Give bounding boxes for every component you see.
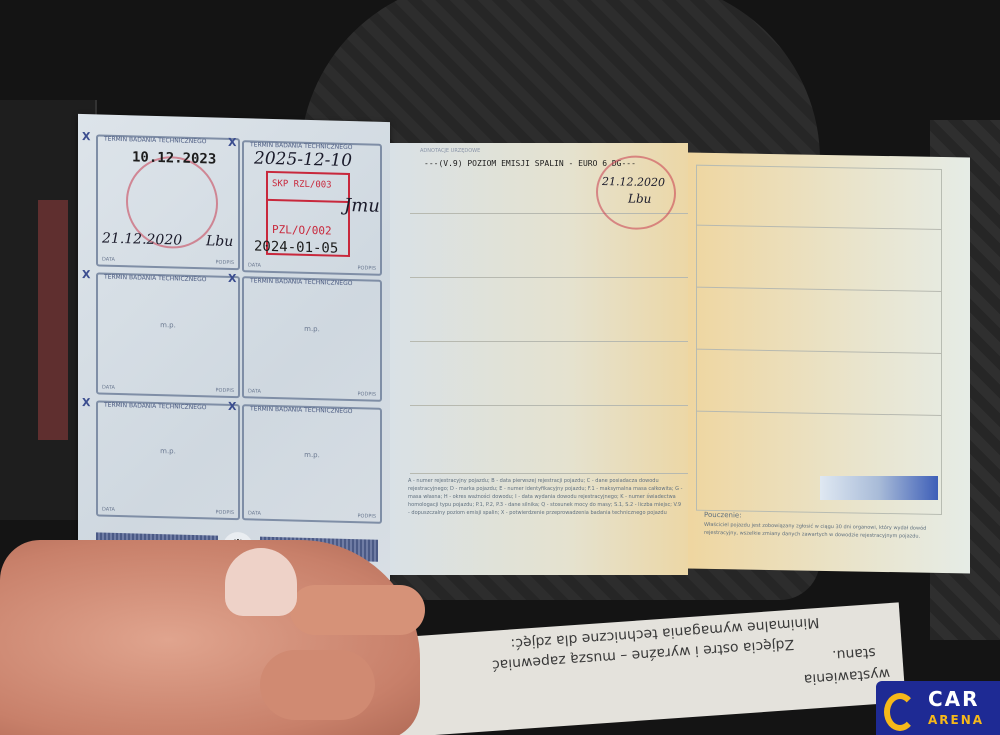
finger <box>260 650 375 720</box>
inspection-box-empty: X TERMIN BADANIA TECHNICZNEGO m.p. DATA … <box>96 400 240 520</box>
background-paper-sheet: Minimalne wymagania techniczne dla zdjęć… <box>360 602 906 735</box>
notice-text: Właściciel pojazdu jest zobowiązany zgło… <box>704 521 944 541</box>
footer-date-label: DATA <box>248 510 261 516</box>
stamp-handwritten-date: 21.12.2020 <box>602 175 665 189</box>
x-mark-icon: X <box>82 396 90 409</box>
station-code: SKP RZL/003 <box>272 179 332 191</box>
box-title: TERMIN BADANIA TECHNICZNEGO <box>250 277 352 287</box>
logo-text-arena: ARENA <box>928 713 984 727</box>
footer-date-label: DATA <box>102 507 115 513</box>
footer-date-label: DATA <box>248 388 261 394</box>
footer-signature-label: PODPIS <box>216 260 234 266</box>
annotation-frame <box>696 165 942 515</box>
inspection-box-empty: X TERMIN BADANIA TECHNICZNEGO m.p. DATA … <box>96 272 240 398</box>
footer-signature-label: PODPIS <box>358 265 376 271</box>
box-title: TERMIN BADANIA TECHNICZNEGO <box>104 274 206 284</box>
stamp-placeholder: m.p. <box>304 450 320 458</box>
inspection-box-empty: X TERMIN BADANIA TECHNICZNEGO m.p. DATA … <box>242 404 382 524</box>
paper-text-line: stanu. <box>832 644 877 663</box>
x-mark-icon: X <box>82 268 90 281</box>
inspection-date: 2024-01-05 <box>254 239 338 257</box>
handwritten-next-date: 2025-12-10 <box>254 149 352 172</box>
notice-title: Pouczenie: <box>704 511 742 520</box>
footer-signature-label: PODPIS <box>358 513 376 519</box>
annotation-line <box>410 405 688 406</box>
footer-date-label: DATA <box>102 257 115 263</box>
station-code-2: PZL/O/002 <box>272 223 332 238</box>
footer-signature-label: PODPIS <box>358 391 376 397</box>
handwritten-signature: Jmu <box>344 195 380 217</box>
inspection-box: X TERMIN BADANIA TECHNICZNEGO 10.12.2023… <box>96 134 240 270</box>
stamp-placeholder: m.p. <box>160 447 176 455</box>
car-arena-logo: CAR ARENA <box>876 681 1000 735</box>
stamp-handwritten-signature: Lbu <box>628 191 651 205</box>
footer-date-label: DATA <box>248 262 261 268</box>
footer-signature-label: PODPIS <box>216 510 234 516</box>
registration-left-page: X TERMIN BADANIA TECHNICZNEGO 10.12.2023… <box>78 114 390 580</box>
emission-annotation: ---(V.9) POZIOM EMISJI SPALIN - EURO 6 D… <box>424 159 636 168</box>
logo-text-car: CAR <box>928 687 980 711</box>
annotation-line <box>410 341 688 342</box>
box-title: TERMIN BADANIA TECHNICZNEGO <box>104 402 206 412</box>
x-mark-icon: X <box>228 400 236 413</box>
footer-signature-label: PODPIS <box>216 388 234 394</box>
annotation-line <box>410 473 688 474</box>
annotation-line <box>410 277 688 278</box>
inspection-box-empty: X TERMIN BADANIA TECHNICZNEGO m.p. DATA … <box>242 276 382 402</box>
section-header: ADNOTACJE URZĘDOWE <box>420 147 480 155</box>
stamp-placeholder: m.p. <box>304 325 320 333</box>
next-inspection-date: 10.12.2023 <box>132 149 216 167</box>
hologram-security-strip <box>820 476 938 500</box>
box-title: TERMIN BADANIA TECHNICZNEGO <box>250 405 352 415</box>
thumb-nail <box>225 548 297 616</box>
inspection-box: X TERMIN BADANIA TECHNICZNEGO 2025-12-10… <box>242 140 382 276</box>
stamp-placeholder: m.p. <box>160 321 176 329</box>
field-legend-text: A - numer rejestracyjny pojazdu; B - dat… <box>408 477 684 565</box>
logo-mark-icon <box>884 693 916 731</box>
handwritten-signature: Lbu <box>206 233 233 250</box>
x-mark-icon: X <box>228 136 236 149</box>
finger <box>290 585 425 635</box>
footer-date-label: DATA <box>102 385 115 391</box>
handwritten-date: 21.12.2020 <box>102 231 182 249</box>
registration-right-page: 21.12.2020 Lbu Pouczenie: Właściciel poj… <box>688 153 970 574</box>
box-title: TERMIN BADANIA TECHNICZNEGO <box>104 136 206 146</box>
x-mark-icon: X <box>228 272 236 285</box>
wallet-red-stripe <box>38 200 68 440</box>
x-mark-icon: X <box>82 130 90 143</box>
